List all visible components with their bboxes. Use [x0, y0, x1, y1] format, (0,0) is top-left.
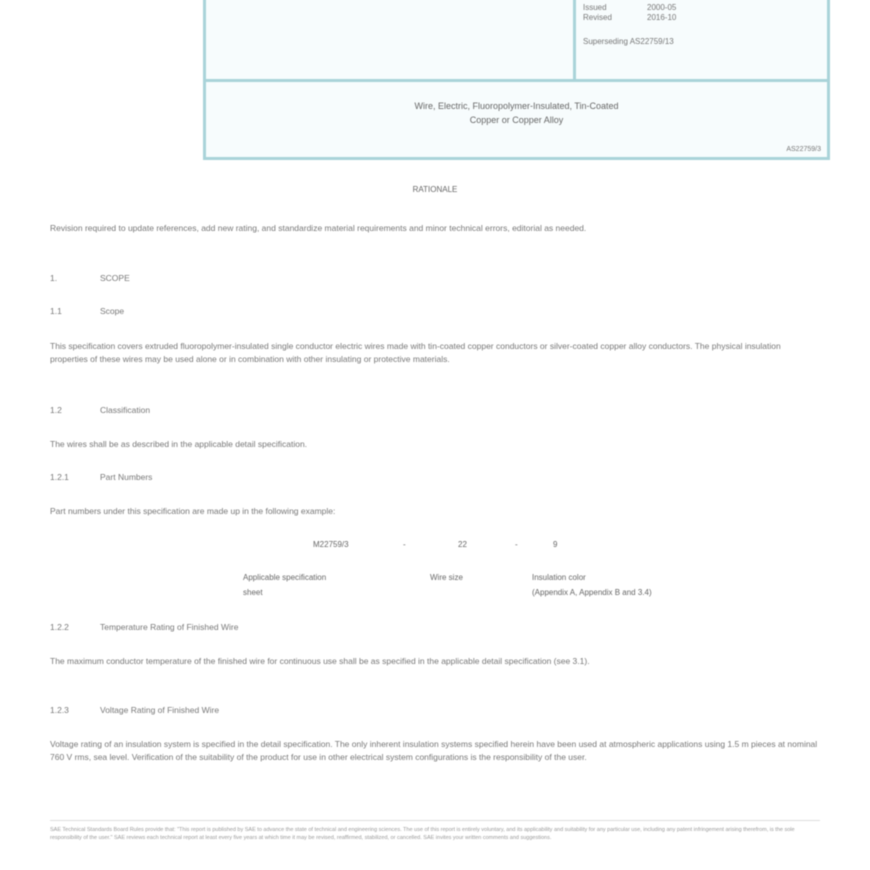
rationale-text: Revision required to update references, …: [50, 222, 820, 235]
revised-label: Revised: [583, 13, 629, 23]
superseding-text: Superseding AS22759/13: [583, 37, 676, 47]
document-header: Issued2000-05 Revised2016-10 Superseding…: [203, 0, 830, 160]
header-meta: Issued2000-05 Revised2016-10 Superseding…: [583, 3, 676, 47]
pn-label-color: Insulation color: [532, 573, 586, 582]
section-1-2-3-heading: 1.2.3Voltage Rating of Finished Wire: [50, 705, 219, 715]
section-number: 1.2.3: [50, 705, 100, 715]
footnote-rule: [50, 820, 820, 821]
section-title: Voltage Rating of Finished Wire: [100, 705, 219, 715]
document-title: Wire, Electric, Fluoropolymer-Insulated,…: [206, 99, 827, 127]
section-1-2-3-text: Voltage rating of an insulation system i…: [50, 738, 820, 764]
issued-date: 2000-05: [647, 3, 676, 13]
section-title: Classification: [100, 405, 150, 415]
title-line-1: Wire, Electric, Fluoropolymer-Insulated,…: [206, 99, 827, 113]
section-number: 1.: [50, 273, 100, 283]
pn-label-spec: Applicable specification: [243, 573, 326, 582]
section-1-1-text: This specification covers extruded fluor…: [50, 340, 820, 366]
section-1-2-2-heading: 1.2.2Temperature Rating of Finished Wire: [50, 622, 238, 632]
section-1-2-2-text: The maximum conductor temperature of the…: [50, 655, 820, 668]
pn-spec-sheet: M22759/3: [313, 540, 349, 549]
pn-wire-size: 22: [458, 540, 467, 549]
section-1-2-1-text: Part numbers under this specification ar…: [50, 505, 820, 518]
pn-separator: -: [515, 540, 518, 549]
pn-label-color-line2: (Appendix A, Appendix B and 3.4): [532, 588, 652, 597]
pn-separator: -: [403, 540, 406, 549]
section-number: 1.2.1: [50, 472, 100, 482]
section-1-heading: 1.SCOPE: [50, 273, 130, 283]
pn-label-size: Wire size: [430, 573, 463, 582]
section-title: SCOPE: [100, 273, 130, 283]
section-1-2-1-heading: 1.2.1Part Numbers: [50, 472, 152, 482]
section-title: Scope: [100, 306, 124, 316]
section-number: 1.2.2: [50, 622, 100, 632]
section-title: Temperature Rating of Finished Wire: [100, 622, 238, 632]
section-1-1-heading: 1.1Scope: [50, 306, 124, 316]
pn-color-code: 9: [553, 540, 557, 549]
issued-label: Issued: [583, 3, 629, 13]
document-number: AS22759/3: [786, 146, 821, 153]
section-1-2-text: The wires shall be as described in the a…: [50, 438, 820, 451]
section-number: 1.1: [50, 306, 100, 316]
section-title: Part Numbers: [100, 472, 152, 482]
header-divider: [206, 79, 827, 82]
title-line-2: Copper or Copper Alloy: [206, 113, 827, 127]
revised-date: 2016-10: [647, 13, 676, 23]
pn-label-spec-line2: sheet: [243, 588, 263, 597]
header-divider: [573, 0, 576, 79]
section-number: 1.2: [50, 405, 100, 415]
section-1-2-heading: 1.2Classification: [50, 405, 150, 415]
rationale-heading: RATIONALE: [0, 185, 870, 194]
footnote-text: SAE Technical Standards Board Rules prov…: [50, 826, 820, 842]
